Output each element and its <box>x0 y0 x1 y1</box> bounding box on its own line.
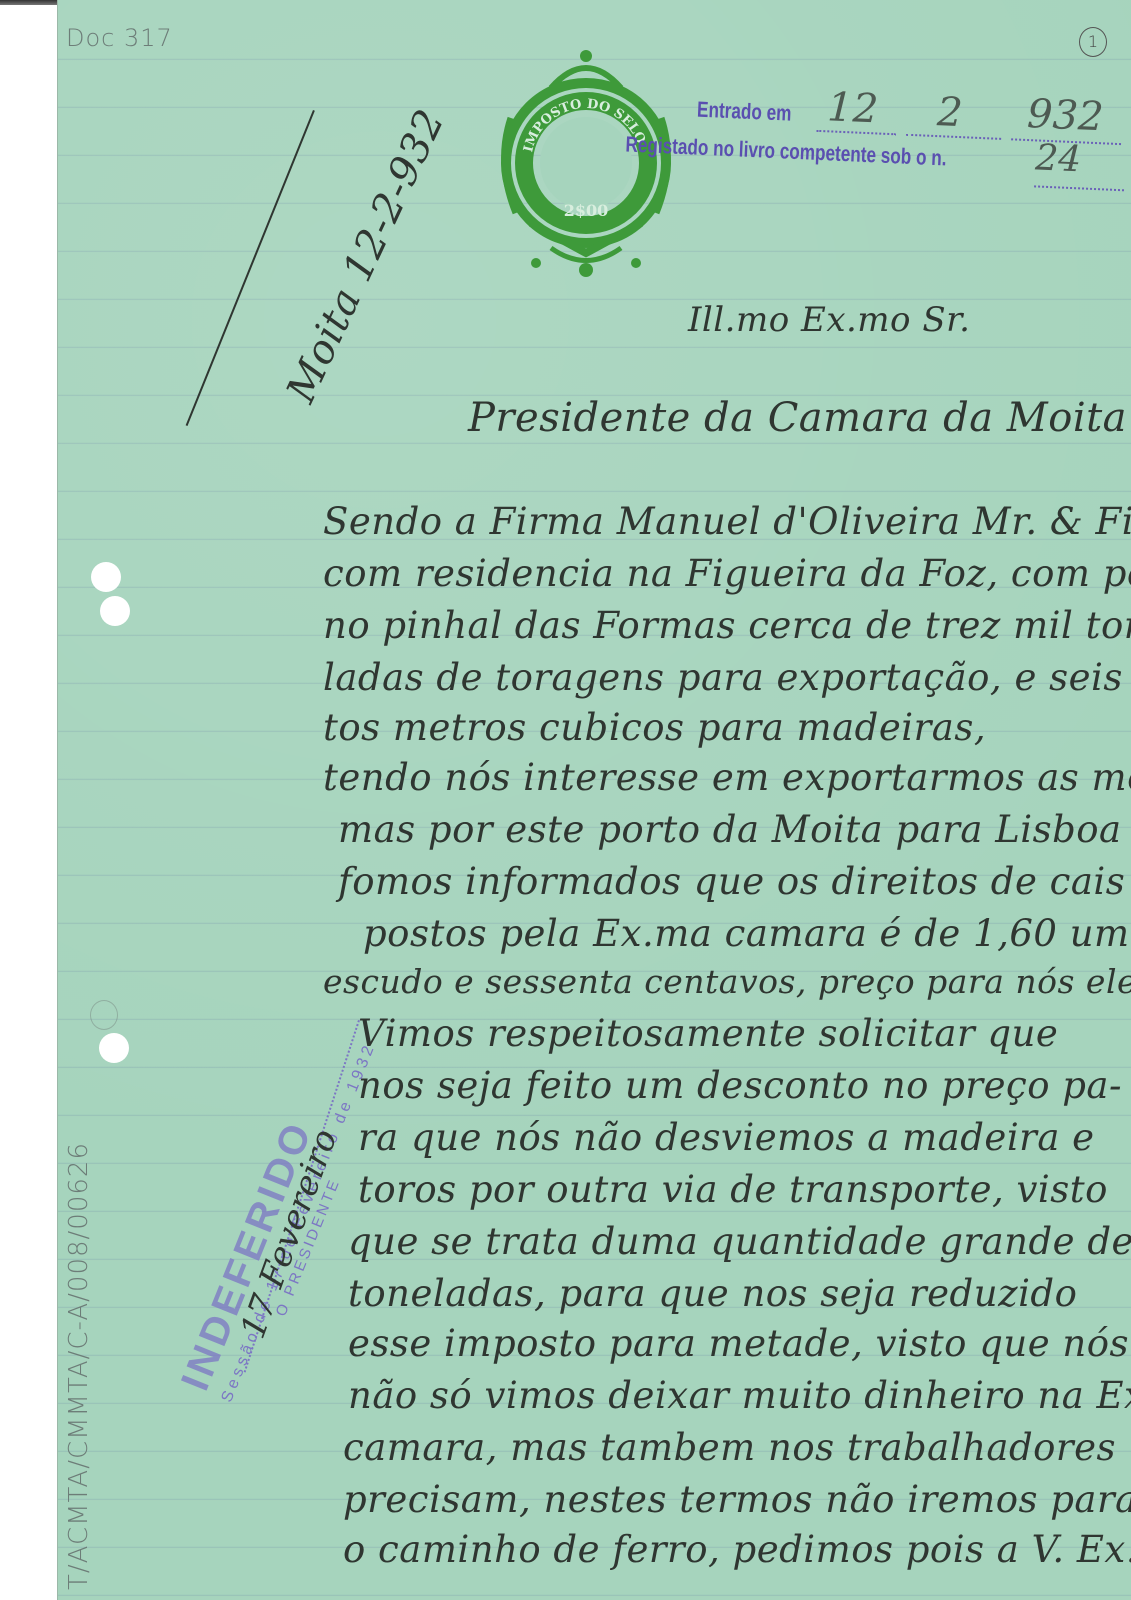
entry-register-stamp: Entrado em 12 2 932 Registado no livro c… <box>633 88 1117 219</box>
letter-line: toros por outra via de transporte, visto <box>358 1168 1108 1211</box>
archive-reference-code: T/ACMTA/CMMTA/C-A/008/00626 <box>64 1142 94 1590</box>
letter-line: o caminho de ferro, pedimos pois a V. Ex… <box>343 1528 1131 1571</box>
scan-edge-strip <box>0 0 57 5</box>
document-page: Doc 317 1 T/ACMTA/CMMTA/C-A/008/00626 <box>57 0 1131 1600</box>
doc-number-annotation: Doc 317 <box>66 24 173 52</box>
letter-line: não só vimos deixar muito dinheiro na Ex… <box>348 1374 1131 1417</box>
letter-line: com residencia na Figueira da Foz, com p… <box>323 552 1131 595</box>
letter-addressee: Presidente da Camara da Moita <box>468 395 1127 441</box>
entry-year: 932 <box>1026 91 1104 140</box>
letter-line: tos metros cubicos para madeiras, <box>323 706 986 749</box>
letter-line: mas por este porto da Moita para Lisboa <box>338 808 1122 851</box>
register-label: Registado no livro competente sob o n. <box>625 132 947 172</box>
seal-value: 2$00 <box>564 201 609 220</box>
letter-line: tendo nós interesse em exportarmos as me… <box>323 756 1131 799</box>
faint-circle-mark <box>90 1000 118 1030</box>
letter-line: escudo e sessenta centavos, preço para n… <box>323 962 1131 1001</box>
letter-line: toneladas, para que nos seja reduzido <box>348 1272 1077 1315</box>
letter-salutation: Ill.mo Ex.mo Sr. <box>688 300 970 340</box>
letter-line: precisam, nestes termos não iremos para <box>343 1478 1131 1521</box>
punch-hole <box>91 562 121 592</box>
register-number: 24 <box>1034 137 1082 180</box>
margin-date-note: Moita 12-2-932 <box>278 103 454 410</box>
letter-line: no pinhal das Formas cerca de trez mil t… <box>323 604 1131 647</box>
letter-line: camara, mas tambem nos trabalhadores que… <box>343 1426 1131 1469</box>
entry-month: 2 <box>936 89 963 136</box>
letter-line: Vimos respeitosamente solicitar que <box>358 1012 1058 1055</box>
letter-line: ra que nós não desviemos a madeira e <box>358 1116 1095 1159</box>
letter-line: fomos informados que os direitos de cais… <box>338 860 1131 903</box>
entry-date-label: Entrado em <box>697 97 792 127</box>
letter-line: ladas de toragens para exportação, e sei… <box>323 656 1131 699</box>
entry-day: 12 <box>826 84 879 132</box>
letter-line: que se trata duma quantidade grande de <box>348 1220 1131 1263</box>
letter-line: esse imposto para metade, visto que nós <box>348 1322 1129 1365</box>
letter-line: Sendo a Firma Manuel d'Oliveira Mr. & Fi… <box>323 500 1131 543</box>
punch-hole <box>99 1033 129 1063</box>
punch-hole <box>100 596 130 626</box>
letter-line: postos pela Ex.ma camara é de 1,60 um <box>363 912 1130 955</box>
letter-line: nos seja feito um desconto no preço pa- <box>358 1064 1122 1107</box>
page-number-circle: 1 <box>1079 27 1107 57</box>
